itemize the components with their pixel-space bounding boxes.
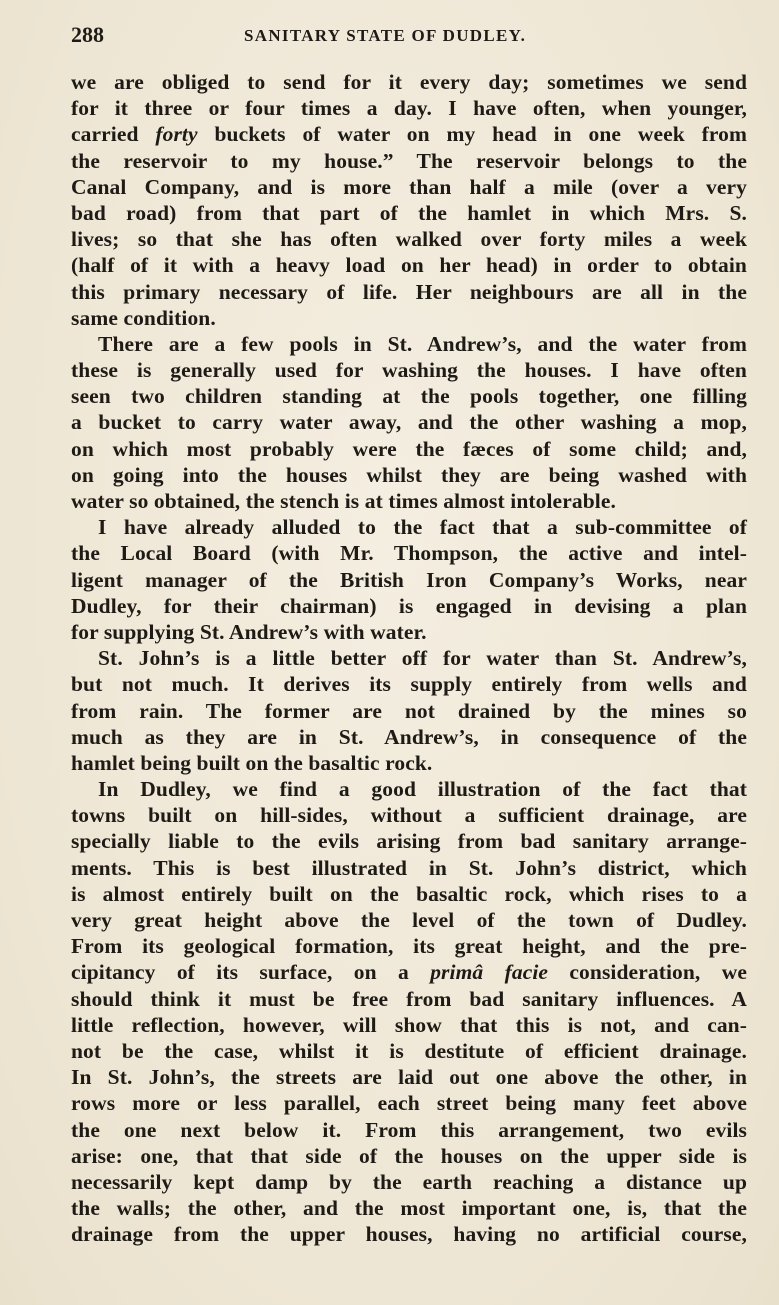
text-line: From its geological formation, its great… <box>71 933 747 959</box>
text-line: much as they are in St. Andrew’s, in con… <box>71 724 747 750</box>
running-title: SANITARY STATE OF DUDLEY. <box>244 26 526 46</box>
text-segment: cipitancy of its surface, on a <box>71 960 430 984</box>
text-line: little reflection, however, will show th… <box>71 1012 747 1038</box>
text-line: Dudley, for their chairman) is engaged i… <box>71 593 747 619</box>
page-header: 288 SANITARY STATE OF DUDLEY. <box>71 22 747 50</box>
text-line: ments. This is best illustrated in St. J… <box>71 855 747 881</box>
text-line: for it three or four times a day. I have… <box>71 95 747 121</box>
text-line: specially liable to the evils arising fr… <box>71 828 747 854</box>
text-line: for supplying St. Andrew’s with water. <box>71 619 747 645</box>
text-line: In St. John’s, the streets are laid out … <box>71 1064 747 1090</box>
page-number: 288 <box>71 22 104 48</box>
text-line: the one next below it. From this arrange… <box>71 1117 747 1143</box>
text-line: lives; so that she has often walked over… <box>71 226 747 252</box>
text-line: from rain. The former are not drained by… <box>71 698 747 724</box>
text-line: (half of it with a heavy load on her hea… <box>71 252 747 278</box>
text-line: arise: one, that that side of the houses… <box>71 1143 747 1169</box>
italic-phrase: primâ facie <box>430 960 548 984</box>
text-segment: carried <box>71 122 155 146</box>
text-segment: consideration, we <box>548 960 747 984</box>
text-line: on going into the houses whilst they are… <box>71 462 747 488</box>
text-line: cipitancy of its surface, on a primâ fac… <box>71 959 747 985</box>
text-line: carried forty buckets of water on my hea… <box>71 121 747 147</box>
text-line: towns built on hill-sides, without a suf… <box>71 802 747 828</box>
text-line: drainage from the upper houses, having n… <box>71 1221 747 1247</box>
text-line: very great height above the level of the… <box>71 907 747 933</box>
text-segment: buckets of water on my head in one week … <box>198 122 747 146</box>
text-line: should think it must be free from bad sa… <box>71 986 747 1012</box>
text-line: the Local Board (with Mr. Thompson, the … <box>71 540 747 566</box>
text-line: this primary necessary of life. Her neig… <box>71 279 747 305</box>
text-line: is almost entirely built on the basaltic… <box>71 881 747 907</box>
text-line: same condition. <box>71 305 747 331</box>
text-line: There are a few pools in St. Andrew’s, a… <box>71 331 747 357</box>
text-line: bad road) from that part of the hamlet i… <box>71 200 747 226</box>
text-line: the walls; the other, and the most impor… <box>71 1195 747 1221</box>
text-line: these is generally used for washing the … <box>71 357 747 383</box>
body-text: we are obliged to send for it every day;… <box>71 69 747 1247</box>
text-line: the reservoir to my house.” The reservoi… <box>71 148 747 174</box>
text-line: ligent manager of the British Iron Compa… <box>71 567 747 593</box>
text-line: water so obtained, the stench is at time… <box>71 488 747 514</box>
text-line: seen two children standing at the pools … <box>71 383 747 409</box>
text-line: I have already alluded to the fact that … <box>71 514 747 540</box>
text-line: not be the case, whilst it is destitute … <box>71 1038 747 1064</box>
text-line: rows more or less parallel, each street … <box>71 1090 747 1116</box>
text-line: necessarily kept damp by the earth reach… <box>71 1169 747 1195</box>
text-line: hamlet being built on the basaltic rock. <box>71 750 747 776</box>
text-line: a bucket to carry water away, and the ot… <box>71 409 747 435</box>
text-line: on which most probably were the fæces of… <box>71 436 747 462</box>
text-line: In Dudley, we find a good illustration o… <box>71 776 747 802</box>
italic-phrase: forty <box>155 122 197 146</box>
text-line: we are obliged to send for it every day;… <box>71 69 747 95</box>
text-line: but not much. It derives its supply enti… <box>71 671 747 697</box>
text-line: Canal Company, and is more than half a m… <box>71 174 747 200</box>
text-line: St. John’s is a little better off for wa… <box>71 645 747 671</box>
